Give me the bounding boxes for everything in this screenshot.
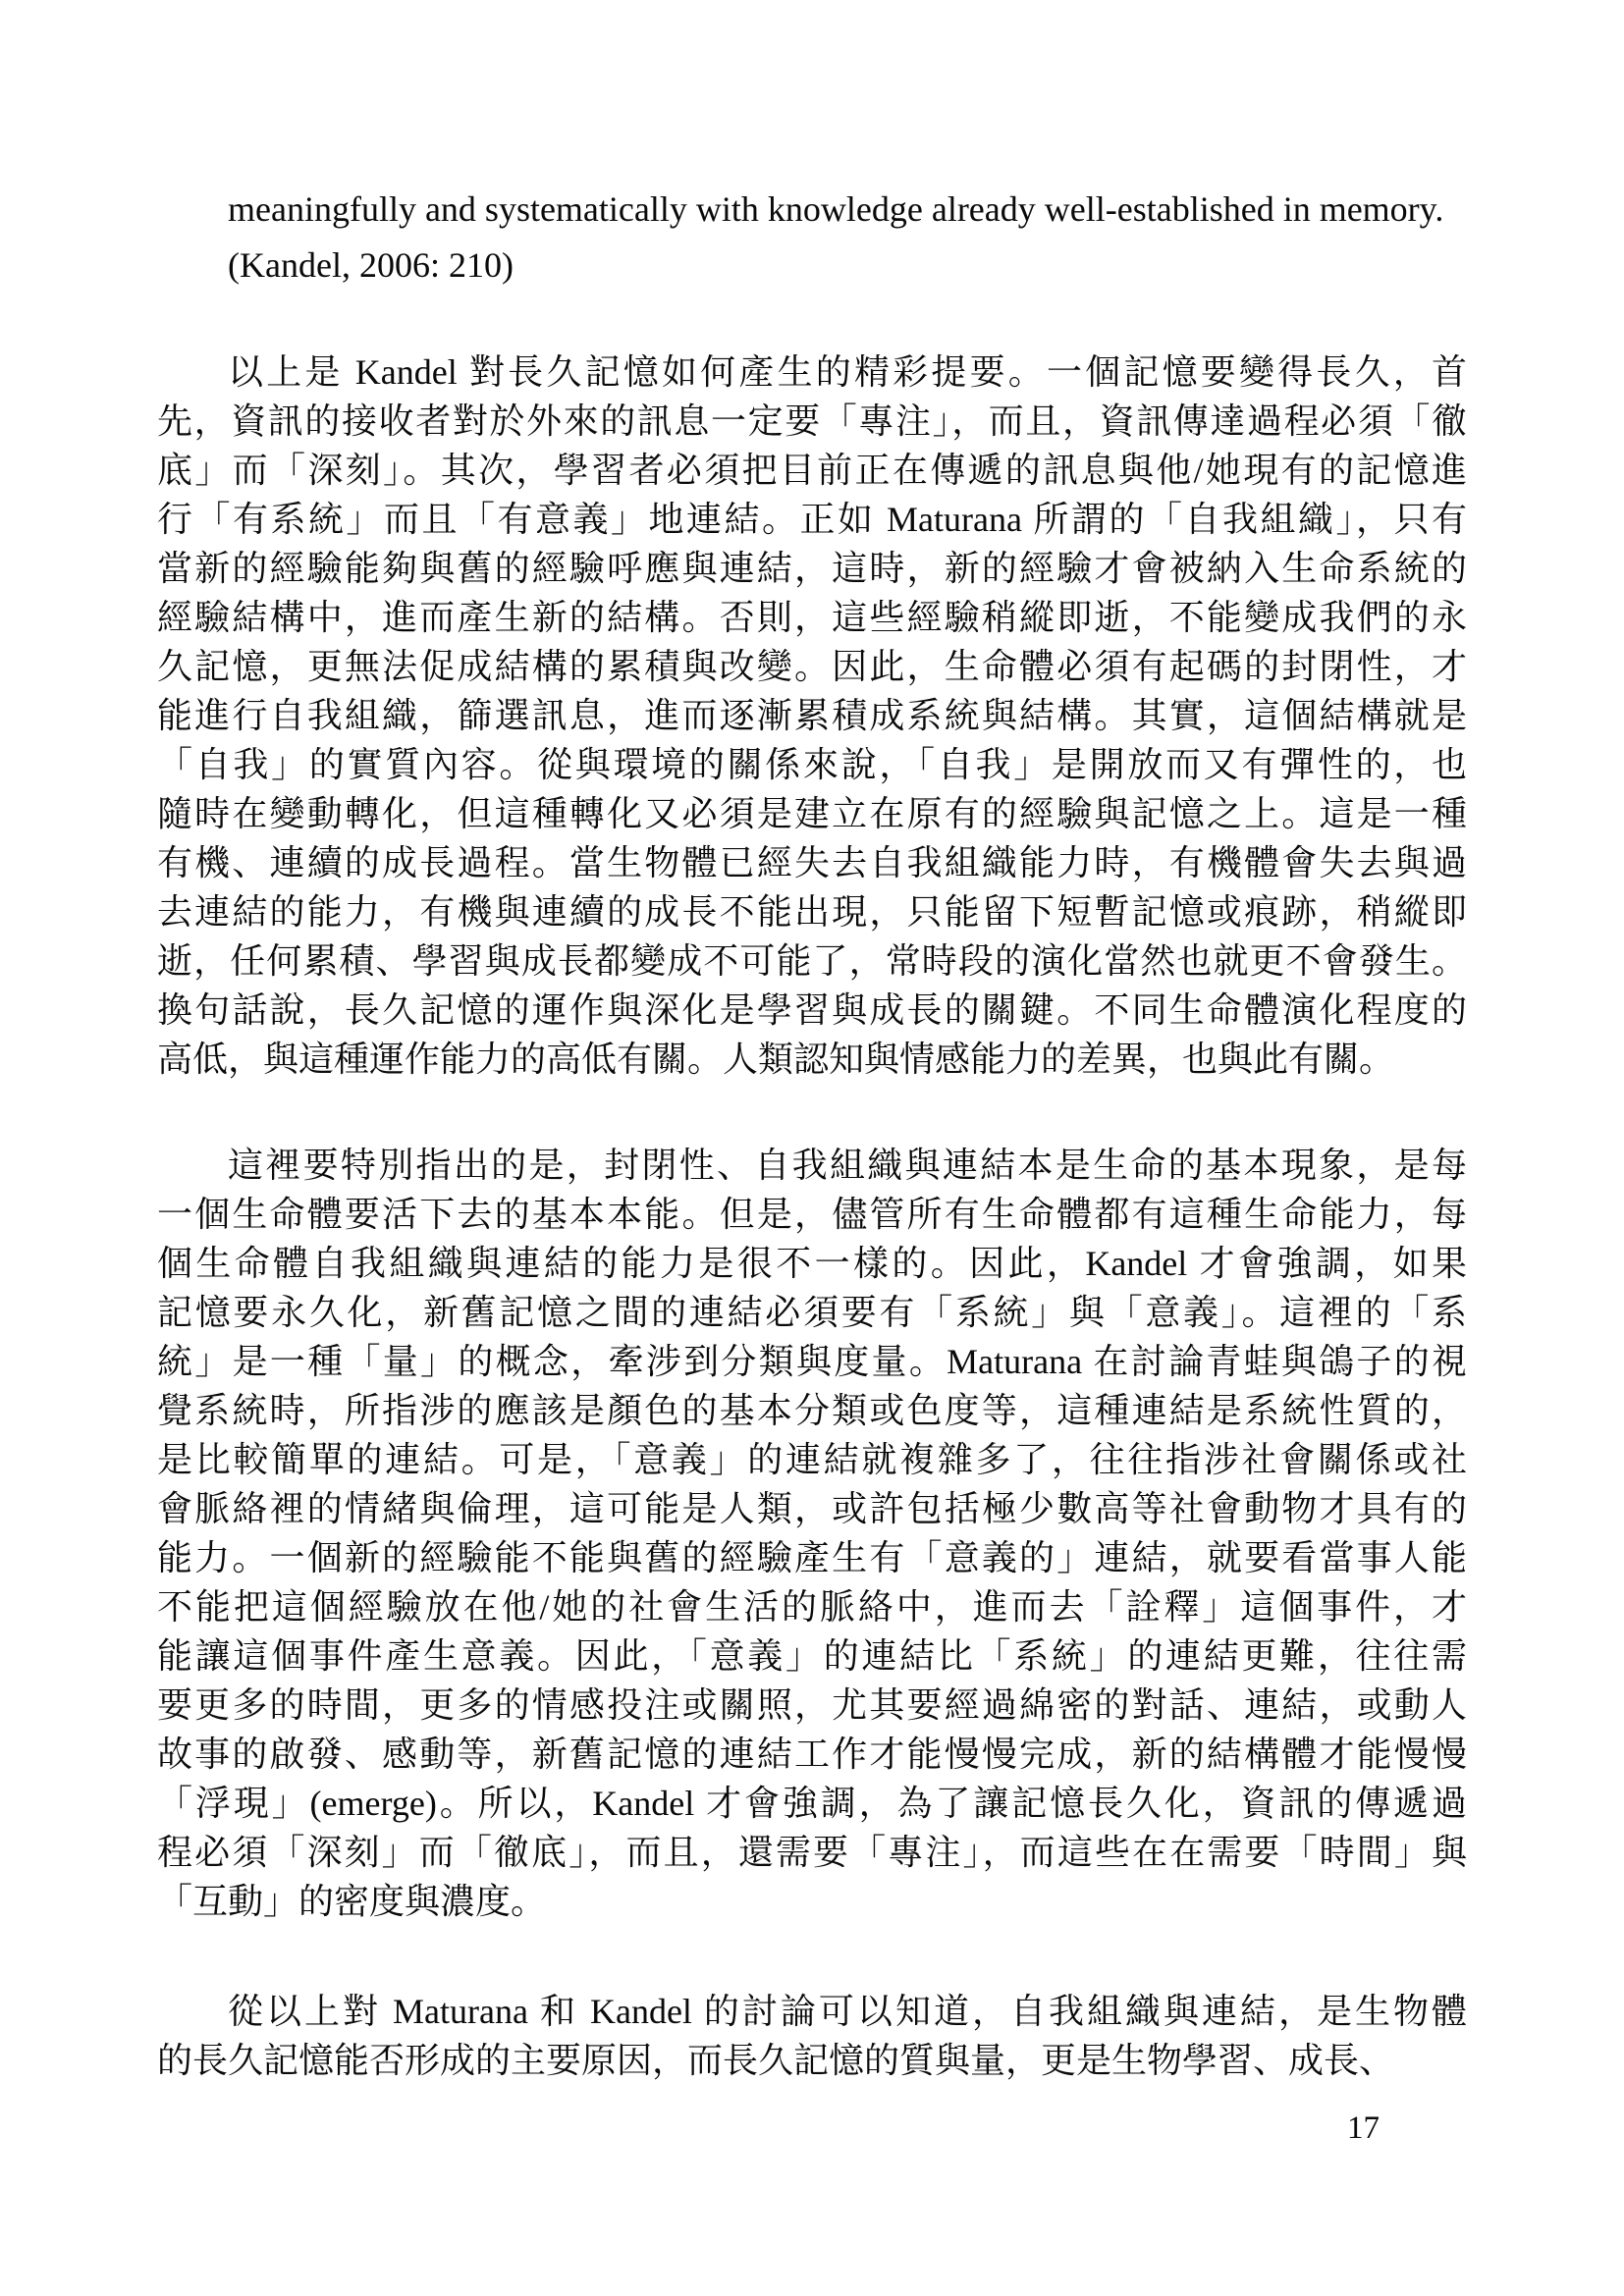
text-line: 能進行自我組織，篩選訊息，進而逐漸累積成系統與結構。其實，這個結構就是 xyxy=(157,691,1467,740)
text-line: 先，資訊的接收者對於外來的訊息一定要「專注」，而且，資訊傳達過程必須「徹 xyxy=(157,397,1467,446)
text-line: 經驗結構中，進而產生新的結構。否則，這些經驗稍縱即逝，不能變成我們的永 xyxy=(157,593,1467,642)
text-line: 個生命體自我組織與連結的能力是很不一樣的。因此，Kandel 才會強調，如果 xyxy=(157,1239,1467,1288)
text-line: 「自我」的實質內容。從與環境的關係來說，「自我」是開放而又有彈性的，也 xyxy=(157,740,1467,789)
text-line: 不能把這個經驗放在他/她的社會生活的脈絡中，進而去「詮釋」這個事件，才 xyxy=(157,1582,1467,1631)
block-quote: meaningfully and systematically with kno… xyxy=(228,182,1467,294)
text-line: 逝，任何累積、學習與成長都變成不可能了，常時段的演化當然也就更不會發生。 xyxy=(157,936,1467,986)
text-line: 故事的啟發、感動等，新舊記憶的連結工作才能慢慢完成，新的結構體才能慢慢 xyxy=(157,1730,1467,1779)
text-line: 「浮現」(emerge)。所以，Kandel 才會強調，為了讓記憶長久化，資訊的… xyxy=(157,1779,1467,1828)
paragraph-maturana-kandel-conclusion: 從以上對 Maturana 和 Kandel 的討論可以知道，自我組織與連結，是… xyxy=(157,1987,1467,2085)
text-line: 記憶要永久化，新舊記憶之間的連結必須要有「系統」與「意義」。這裡的「系 xyxy=(157,1288,1467,1337)
text-line: 久記憶，更無法促成結構的累積與改變。因此，生命體必須有起碼的封閉性，才 xyxy=(157,642,1467,691)
text-line: 這裡要特別指出的是，封閉性、自我組織與連結本是生命的基本現象，是每 xyxy=(157,1141,1467,1190)
text-line: 覺系統時，所指涉的應該是顏色的基本分類或色度等，這種連結是系統性質的， xyxy=(157,1386,1467,1435)
text-line: 能讓這個事件產生意義。因此，「意義」的連結比「系統」的連結更難，往往需 xyxy=(157,1631,1467,1681)
text-line: 會脈絡裡的情緒與倫理，這可能是人類，或許包括極少數高等社會動物才具有的 xyxy=(157,1484,1467,1533)
text-line: 換句話說，長久記憶的運作與深化是學習與成長的關鍵。不同生命體演化程度的 xyxy=(157,986,1467,1035)
paragraph-long-term-memory: 以上是 Kandel 對長久記憶如何產生的精彩提要。一個記憶要變得長久，首先，資… xyxy=(157,347,1467,1084)
text-line: 高低，與這種運作能力的高低有關。人類認知與情感能力的差異，也與此有關。 xyxy=(157,1035,1467,1084)
text-line: (Kandel, 2006: 210) xyxy=(228,238,1467,294)
text-line: 是比較簡單的連結。可是，「意義」的連結就複雜多了，往往指涉社會關係或社 xyxy=(157,1435,1467,1484)
text-line: 隨時在變動轉化，但這種轉化又必須是建立在原有的經驗與記憶之上。這是一種 xyxy=(157,789,1467,838)
text-line: 行「有系統」而且「有意義」地連結。正如 Maturana 所謂的「自我組織」，只… xyxy=(157,495,1467,544)
text-line: 「互動」的密度與濃度。 xyxy=(157,1877,1467,1926)
text-line: meaningfully and systematically with kno… xyxy=(228,182,1467,238)
paragraph-closure-self-organization: 這裡要特別指出的是，封閉性、自我組織與連結本是生命的基本現象，是每一個生命體要活… xyxy=(157,1141,1467,1926)
text-line: 以上是 Kandel 對長久記憶如何產生的精彩提要。一個記憶要變得長久，首 xyxy=(157,347,1467,397)
page-number: 17 xyxy=(1347,2109,1380,2148)
text-line: 從以上對 Maturana 和 Kandel 的討論可以知道，自我組織與連結，是… xyxy=(157,1987,1467,2036)
text-line: 當新的經驗能夠與舊的經驗呼應與連結，這時，新的經驗才會被納入生命系統的 xyxy=(157,544,1467,593)
text-line: 有機、連續的成長過程。當生物體已經失去自我組織能力時，有機體會失去與過 xyxy=(157,838,1467,887)
text-line: 能力。一個新的經驗能不能與舊的經驗產生有「意義的」連結，就要看當事人能 xyxy=(157,1533,1467,1582)
text-line: 程必須「深刻」而「徹底」，而且，還需要「專注」，而這些在在需要「時間」與 xyxy=(157,1828,1467,1877)
document-page: meaningfully and systematically with kno… xyxy=(0,0,1624,2296)
text-line: 的長久記憶能否形成的主要原因，而長久記憶的質與量，更是生物學習、成長、 xyxy=(157,2036,1467,2085)
text-line: 去連結的能力，有機與連續的成長不能出現，只能留下短暫記憶或痕跡，稍縱即 xyxy=(157,887,1467,936)
text-line: 統」是一種「量」的概念，牽涉到分類與度量。Maturana 在討論青蛙與鴿子的視 xyxy=(157,1337,1467,1386)
text-line: 要更多的時間，更多的情感投注或關照，尤其要經過綿密的對話、連結，或動人 xyxy=(157,1681,1467,1730)
text-line: 底」而「深刻」。其次，學習者必須把目前正在傳遞的訊息與他/她現有的記憶進 xyxy=(157,446,1467,495)
text-line: 一個生命體要活下去的基本本能。但是，儘管所有生命體都有這種生命能力，每 xyxy=(157,1190,1467,1239)
